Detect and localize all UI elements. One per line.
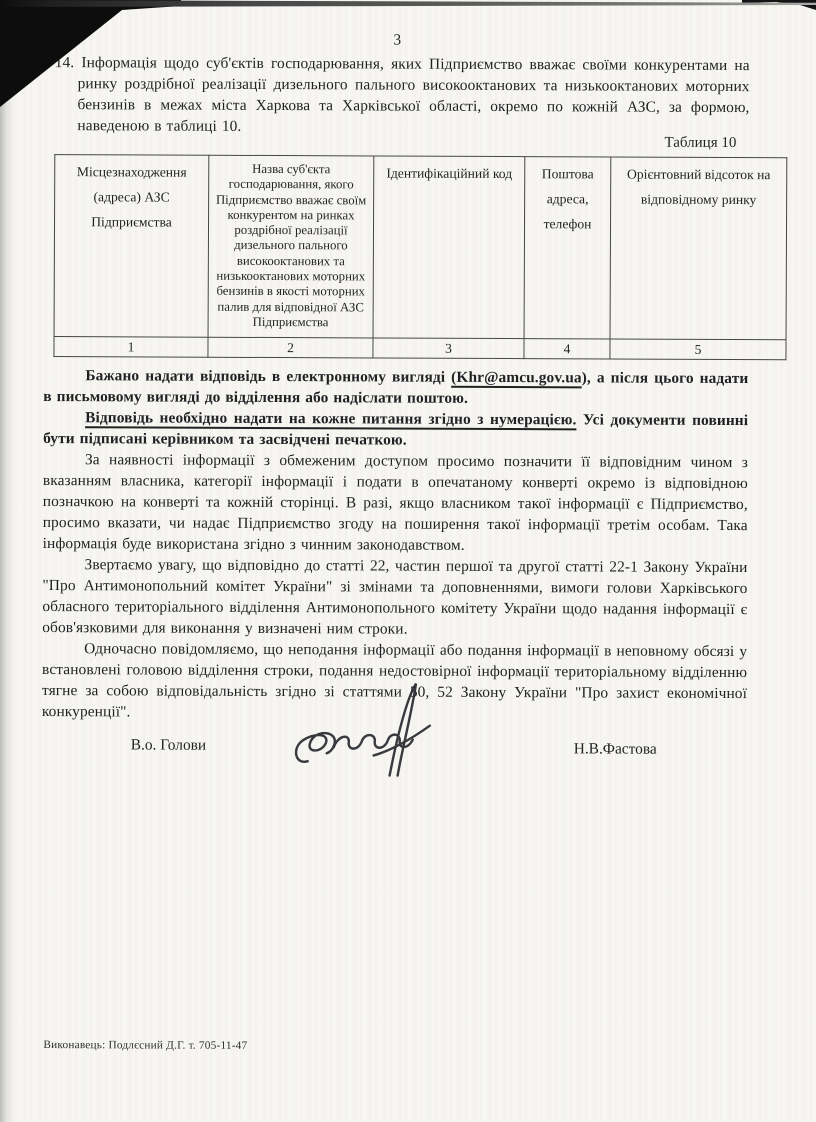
index-cell-1: 1 xyxy=(54,337,208,358)
column-header-postal-address: Поштова адреса, телефон xyxy=(524,157,611,339)
document-page: 3 14. Інформація щодо суб'єктів господар… xyxy=(0,0,816,1122)
index-cell-5: 5 xyxy=(610,339,786,360)
paragraph-legal-obligation: Звертаємо увагу, що відповідно до статті… xyxy=(42,554,784,641)
table-header-row: Місцезнаходження (адреса) АЗС Підприємст… xyxy=(54,155,787,340)
numbered-paragraph-14: 14. Інформація щодо суб'єктів господарюв… xyxy=(44,52,786,139)
paragraph-restricted-info: За наявності інформації з обмеженим дост… xyxy=(43,449,785,557)
column-header-location: Місцезнаходження (адреса) АЗС Підприємст… xyxy=(54,155,209,338)
index-cell-4: 4 xyxy=(524,339,610,359)
executor-footer: Виконавець: Подлєсний Д.Г. т. 705-11-47 xyxy=(43,1039,247,1052)
table-index-row: 1 2 3 4 5 xyxy=(54,337,786,360)
column-header-market-share: Орієнтовний відсоток на відповідному рин… xyxy=(610,157,787,340)
paragraph-answer-instruction: Відповідь необхідно надати на кожне пита… xyxy=(43,407,785,452)
competitors-table: Місцезнаходження (адреса) АЗС Підприємст… xyxy=(53,154,787,360)
signature-handwriting-icon xyxy=(292,675,442,786)
item-text: Інформація щодо суб'єктів господарювання… xyxy=(77,54,749,135)
signer-title: В.о. Голови xyxy=(131,736,206,754)
answer-instruction-underlined: Відповідь необхідно надати на кожне пита… xyxy=(85,409,576,428)
item-number: 14. xyxy=(55,54,75,71)
scanned-letter-content: 3 14. Інформація щодо суб'єктів господар… xyxy=(0,0,816,1122)
email-address: (Khr@amcu.gov.ua xyxy=(451,369,582,387)
page-number: 3 xyxy=(45,28,787,52)
paragraph-email-pre: Бажано надати відповідь в електронному в… xyxy=(85,367,451,386)
signer-name: Н.В.Фастова xyxy=(574,740,657,758)
index-cell-3: 3 xyxy=(373,338,524,359)
text-column: 3 14. Інформація щодо суб'єктів господар… xyxy=(41,28,786,827)
index-cell-2: 2 xyxy=(208,337,373,358)
signature-block: В.о. Голови Н.В.Фастова xyxy=(41,724,783,827)
paragraph-email-instruction: Бажано надати відповідь в електронному в… xyxy=(43,365,785,410)
column-header-id-code: Ідентифікаційний код xyxy=(373,156,525,339)
column-header-competitor-name: Назва суб'єкта господарювання, якого Під… xyxy=(208,155,374,338)
